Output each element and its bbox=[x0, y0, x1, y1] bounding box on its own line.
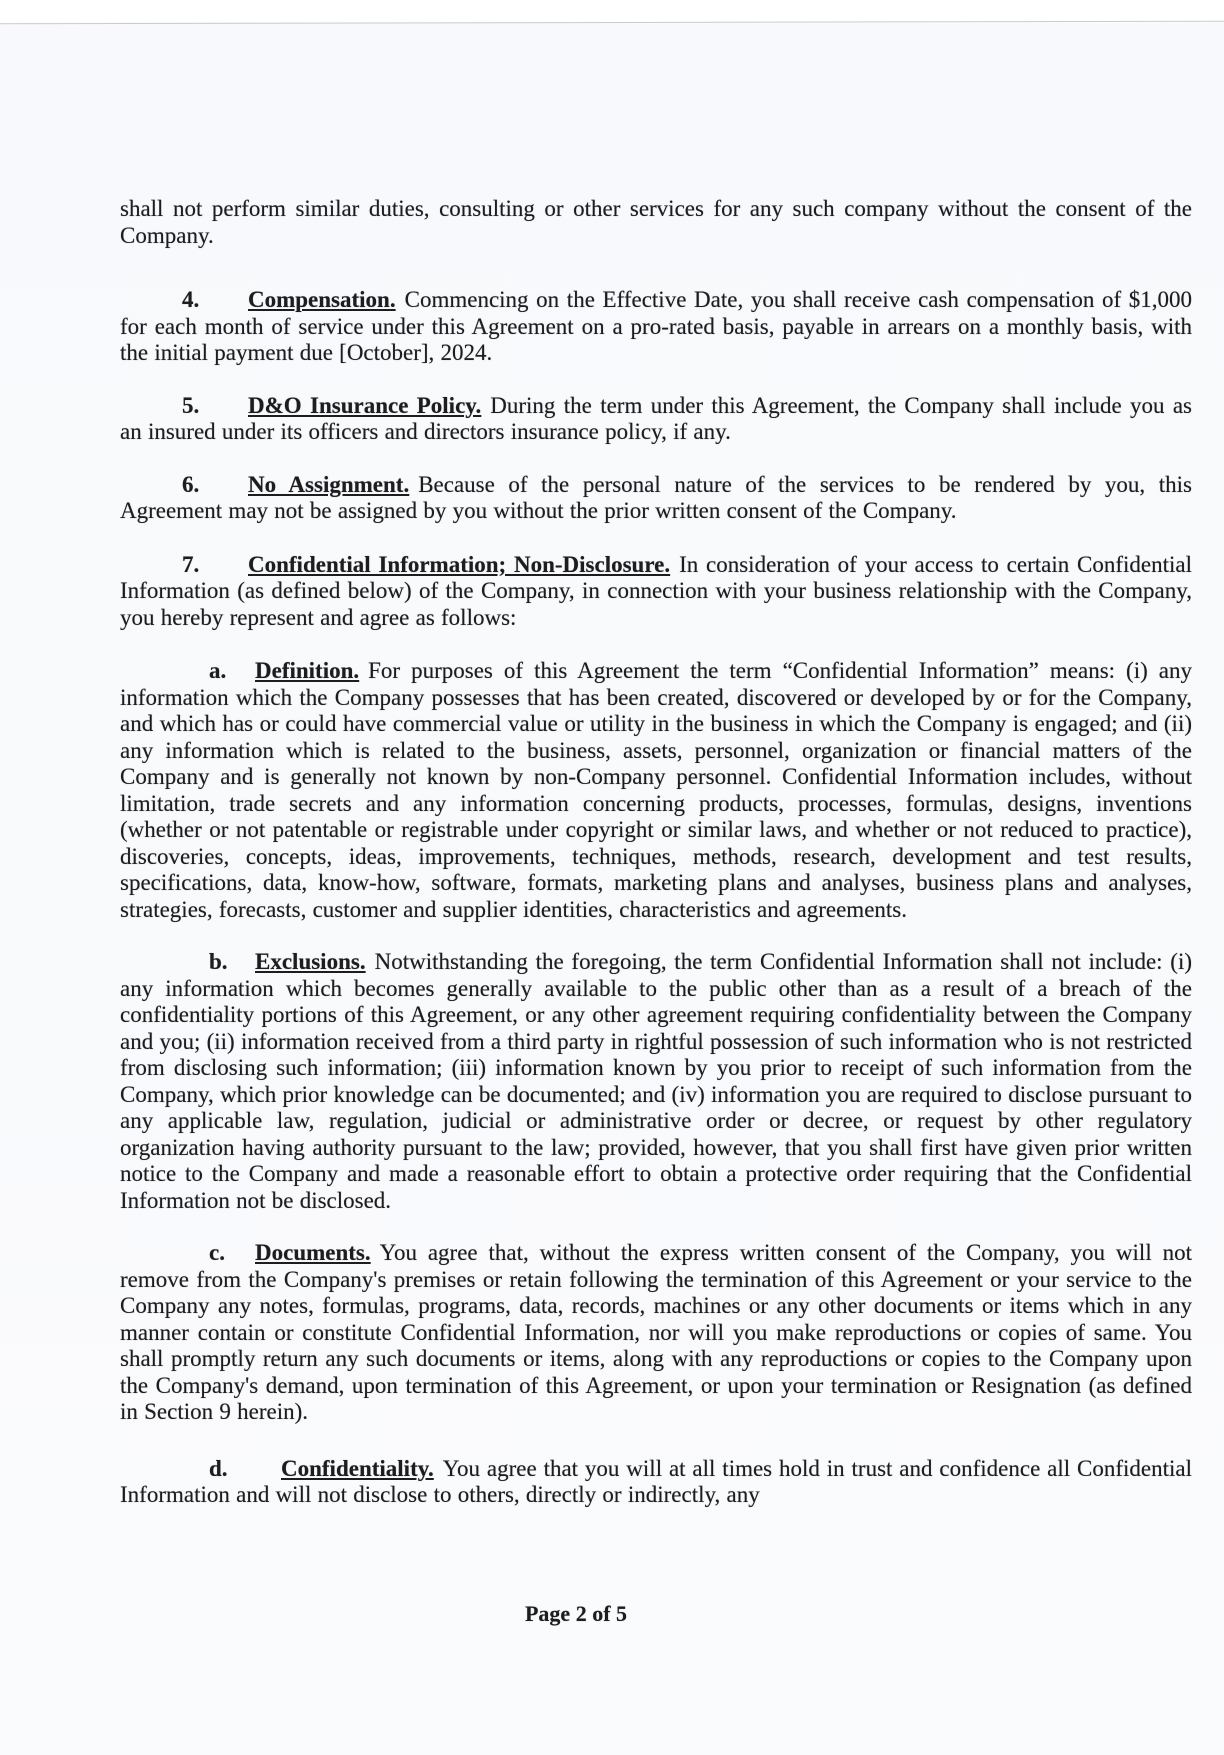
subsection-c-paragraph: c.Documents.You agree that, without the … bbox=[120, 1240, 1192, 1426]
subsection-b-paragraph: b.Exclusions.Notwithstanding the foregoi… bbox=[120, 949, 1192, 1214]
subsection-c-body: You agree that, without the express writ… bbox=[120, 1240, 1192, 1424]
subsection-d-letter: d. bbox=[209, 1456, 281, 1483]
subsection-a-letter: a. bbox=[209, 658, 255, 685]
section-7-heading: Confidential Information; Non-Disclosure… bbox=[248, 552, 670, 577]
subsection-c-letter: c. bbox=[209, 1240, 255, 1267]
subsection-b-heading: Exclusions. bbox=[255, 949, 366, 974]
subsection-b-letter: b. bbox=[209, 949, 255, 976]
continuation-text: shall not perform similar duties, consul… bbox=[120, 196, 1192, 248]
section-4-paragraph: 4.Compensation.Commencing on the Effecti… bbox=[120, 287, 1192, 367]
subsection-a-paragraph: a.Definition.For purposes of this Agreem… bbox=[120, 658, 1192, 923]
section-7-paragraph: 7.Confidential Information; Non-Disclosu… bbox=[120, 552, 1192, 632]
continuation-paragraph: shall not perform similar duties, consul… bbox=[120, 196, 1192, 249]
section-6-number: 6. bbox=[182, 472, 248, 499]
subsection-a-heading: Definition. bbox=[255, 658, 359, 683]
section-6-heading: No Assignment. bbox=[248, 472, 409, 497]
section-6-paragraph: 6.No Assignment.Because of the personal … bbox=[120, 472, 1192, 525]
scanned-document-page: shall not perform similar duties, consul… bbox=[0, 0, 1224, 1755]
subsection-d-paragraph: d.Confidentiality.You agree that you wil… bbox=[120, 1456, 1192, 1509]
subsection-c-heading: Documents. bbox=[255, 1240, 371, 1265]
section-4-heading: Compensation. bbox=[248, 287, 396, 312]
document-body: shall not perform similar duties, consul… bbox=[120, 0, 1192, 1509]
section-5-paragraph: 5.D&O Insurance Policy.During the term u… bbox=[120, 393, 1192, 446]
subsection-a-body: For purposes of this Agreement the term … bbox=[120, 658, 1192, 922]
section-7-number: 7. bbox=[182, 552, 248, 579]
subsection-d-heading: Confidentiality. bbox=[281, 1456, 434, 1481]
subsection-b-body: Notwithstanding the foregoing, the term … bbox=[120, 949, 1192, 1213]
section-5-number: 5. bbox=[182, 393, 248, 420]
section-5-heading: D&O Insurance Policy. bbox=[248, 393, 481, 418]
section-4-number: 4. bbox=[182, 287, 248, 314]
page-number-footer: Page 2 of 5 bbox=[0, 1601, 1188, 1627]
